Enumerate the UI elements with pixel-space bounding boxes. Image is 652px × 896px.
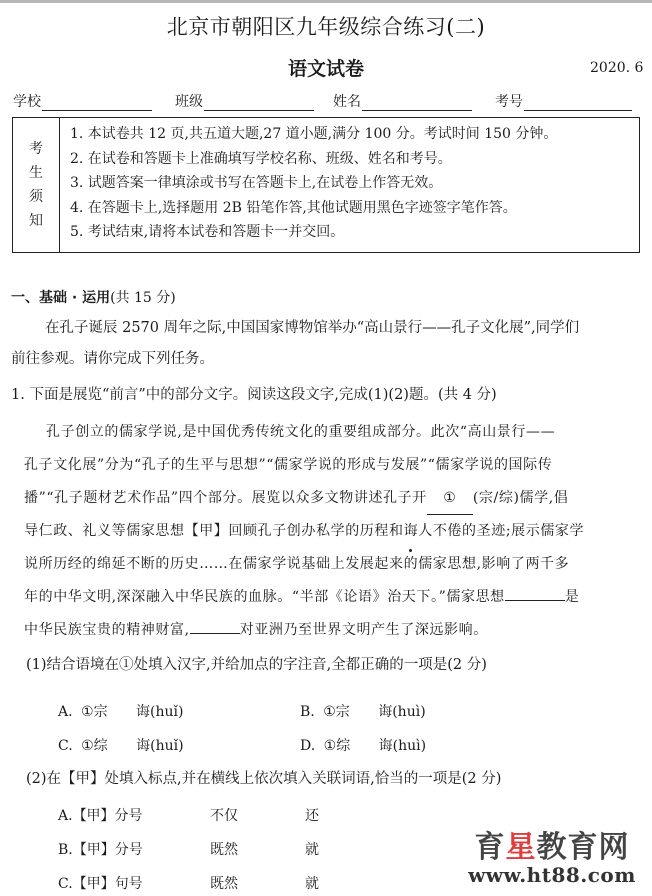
notice-label-char: 生 bbox=[29, 161, 43, 185]
option-word-1: 既然 bbox=[210, 839, 238, 859]
passage-text: 人不倦的圣迹;展示儒家学 bbox=[418, 523, 584, 539]
exam-date: 2020. 6 bbox=[590, 60, 643, 76]
question-1-stem: 1. 下面是展览“前言”中的部分文字。阅读这段文字,完成(1)(2)题。(共 4… bbox=[11, 380, 497, 411]
exam-number-label: 考号 bbox=[495, 91, 523, 111]
sub-question-2-stem: (2)在【甲】处填入标点,并在横线上依次填入关联词语,恰当的一项是(2 分) bbox=[26, 764, 501, 795]
option-word-2: 就 bbox=[305, 839, 319, 859]
sub1-option-d[interactable]: D. ①综 诲(huì) bbox=[300, 735, 426, 755]
passage-line-7: 中华民族宝贵的精神财富,对亚洲乃至世界文明产生了深远影响。 bbox=[24, 615, 488, 646]
notice-item: 5. 考试结束,请将本试卷和答题卡一并交回。 bbox=[70, 220, 639, 245]
name-label: 姓名 bbox=[333, 91, 361, 111]
notice-item: 4. 在答题卡上,选择题用 2B 铅笔作答,其他试题用黑色字迹签字笔作答。 bbox=[70, 196, 639, 221]
blank-2[interactable] bbox=[505, 584, 565, 601]
passage-text: 对亚洲乃至世界文明产生了深远影响。 bbox=[240, 622, 488, 638]
notice-item: 2. 在试卷和答题卡上准确填写学校名称、班级、姓名和考号。 bbox=[70, 147, 639, 172]
name-input-line[interactable] bbox=[362, 94, 472, 111]
passage-line-4: 导仁政、礼义等儒家思想【甲】回顾孔子创办私学的历程和诲人不倦的圣迹;展示儒家学 bbox=[24, 516, 584, 547]
option-punct: 【甲】句号 bbox=[73, 876, 143, 892]
passage-line-1: 孔子创立的儒家学说,是中国优秀传统文化的重要组成部分。此次“高山景行—— bbox=[46, 417, 555, 448]
option-punct: 【甲】分号 bbox=[73, 842, 143, 858]
option-letter: B. bbox=[300, 704, 315, 720]
notice-label-char: 须 bbox=[29, 185, 43, 209]
exam-title: 北京市朝阳区九年级综合练习(二) bbox=[0, 11, 652, 41]
dotted-character: 诲 bbox=[404, 516, 419, 547]
exam-number-field[interactable]: 考号 bbox=[495, 91, 632, 111]
watermark-accent-text: 星 bbox=[506, 830, 537, 865]
option-word-1: 既然 bbox=[210, 873, 238, 893]
sub1-option-b[interactable]: B. ①宗 诲(huì) bbox=[300, 701, 426, 721]
exam-number-input-line[interactable] bbox=[524, 94, 632, 111]
passage-text: 导仁政、礼义等儒家思想【甲】回顾孔子创办私学的历程和 bbox=[24, 523, 404, 539]
name-field[interactable]: 姓名 bbox=[333, 91, 472, 111]
watermark-logo: 育星教育网 www.ht88.com bbox=[462, 832, 642, 886]
student-info-fields: 学校 班级 姓名 考号 bbox=[13, 91, 643, 111]
section-heading: 一、基础 · 运用(共 15 分) bbox=[11, 287, 176, 307]
school-field[interactable]: 学校 bbox=[13, 91, 152, 111]
option-letter: A. bbox=[58, 704, 73, 720]
class-field[interactable]: 班级 bbox=[175, 91, 314, 111]
passage-line-5: 说所历经的绵延不断的历史……在儒家学说基础上发展起来的儒家思想,影响了两千多 bbox=[24, 549, 569, 580]
school-input-line[interactable] bbox=[42, 94, 152, 111]
passage-text: 播”“孔子题材艺术作品”四个部分。展览以众多文物讲述孔子开 bbox=[24, 490, 427, 506]
notice-label: 考 生 须 知 bbox=[13, 118, 60, 252]
option-char: ①综 bbox=[81, 738, 108, 754]
option-char: ①宗 bbox=[81, 704, 108, 720]
sub2-option-a[interactable]: A.【甲】分号 bbox=[58, 805, 143, 825]
watermark-url: www.ht88.com bbox=[462, 864, 642, 886]
section-score: (共 15 分) bbox=[110, 290, 176, 306]
option-char: ①综 bbox=[324, 738, 351, 754]
passage-text: (宗/综)儒学,倡 bbox=[473, 490, 569, 506]
section-title: 一、基础 · 运用 bbox=[11, 290, 110, 306]
option-char: ①宗 bbox=[323, 704, 350, 720]
class-input-line[interactable] bbox=[204, 94, 314, 111]
option-letter: A. bbox=[58, 808, 73, 824]
option-pinyin: 诲(huì) bbox=[379, 738, 426, 754]
passage-line-2: 孔子文化展”分为“孔子的生平与思想”“儒家学说的形成与发展”“儒家学说的国际传 bbox=[24, 450, 552, 481]
passage-line-6: 年的中华文明,深深融入中华民族的血脉。“半部《论语》治天下。”儒家思想是 bbox=[24, 582, 579, 613]
intro-line-2: 前往参观。请你完成下列任务。 bbox=[11, 344, 214, 375]
class-label: 班级 bbox=[175, 91, 203, 111]
notice-item: 1. 本试卷共 12 页,共五道大题,27 道小题,满分 100 分。考试时间 … bbox=[70, 122, 639, 147]
passage-text: 是 bbox=[565, 589, 580, 605]
option-word-2: 还 bbox=[305, 805, 319, 825]
top-scan-border bbox=[0, 0, 652, 3]
blank-3[interactable] bbox=[190, 617, 240, 634]
sub2-option-b[interactable]: B.【甲】分号 bbox=[58, 839, 143, 859]
intro-line-1: 在孔子诞辰 2570 周年之际,中国国家博物馆举办“高山景行——孔子文化展”,同… bbox=[45, 313, 579, 344]
option-pinyin: 诲(huǐ) bbox=[136, 738, 183, 754]
notice-items: 1. 本试卷共 12 页,共五道大题,27 道小题,满分 100 分。考试时间 … bbox=[60, 118, 639, 252]
candidate-notice-box: 考 生 须 知 1. 本试卷共 12 页,共五道大题,27 道小题,满分 100… bbox=[12, 117, 640, 253]
sub1-option-c[interactable]: C. ①综 诲(huǐ) bbox=[58, 735, 184, 755]
option-letter: C. bbox=[58, 738, 73, 754]
school-label: 学校 bbox=[13, 91, 41, 111]
blank-1[interactable]: ① bbox=[427, 483, 473, 515]
watermark-brand: 育星教育网 bbox=[462, 832, 642, 864]
option-punct: 【甲】分号 bbox=[73, 808, 143, 824]
sub-question-1-stem: (1)结合语境在①处填入汉字,并给加点的字注音,全都正确的一项是(2 分) bbox=[26, 650, 487, 681]
passage-line-3: 播”“孔子题材艺术作品”四个部分。展览以众多文物讲述孔子开①(宗/综)儒学,倡 bbox=[24, 483, 568, 515]
option-pinyin: 诲(huì) bbox=[378, 704, 425, 720]
passage-text: 年的中华文明,深深融入中华民族的血脉。“半部《论语》治天下。”儒家思想 bbox=[24, 589, 505, 605]
option-letter: B. bbox=[58, 842, 73, 858]
notice-item: 3. 试题答案一律填涂或书写在答题卡上,在试卷上作答无效。 bbox=[70, 171, 639, 196]
option-letter: C. bbox=[58, 876, 73, 892]
passage-text: 中华民族宝贵的精神财富, bbox=[24, 622, 190, 638]
watermark-text: 育 bbox=[475, 830, 506, 865]
notice-label-char: 知 bbox=[29, 209, 43, 233]
option-pinyin: 诲(huǐ) bbox=[136, 704, 183, 720]
watermark-text: 教育网 bbox=[537, 830, 630, 865]
exam-subtitle: 语文试卷 bbox=[0, 54, 652, 81]
notice-label-char: 考 bbox=[29, 137, 43, 161]
sub1-option-a[interactable]: A. ①宗 诲(huǐ) bbox=[58, 701, 183, 721]
option-word-1: 不仅 bbox=[210, 805, 238, 825]
option-word-2: 就 bbox=[305, 873, 319, 893]
option-letter: D. bbox=[300, 738, 315, 754]
sub2-option-c[interactable]: C.【甲】句号 bbox=[58, 873, 143, 893]
